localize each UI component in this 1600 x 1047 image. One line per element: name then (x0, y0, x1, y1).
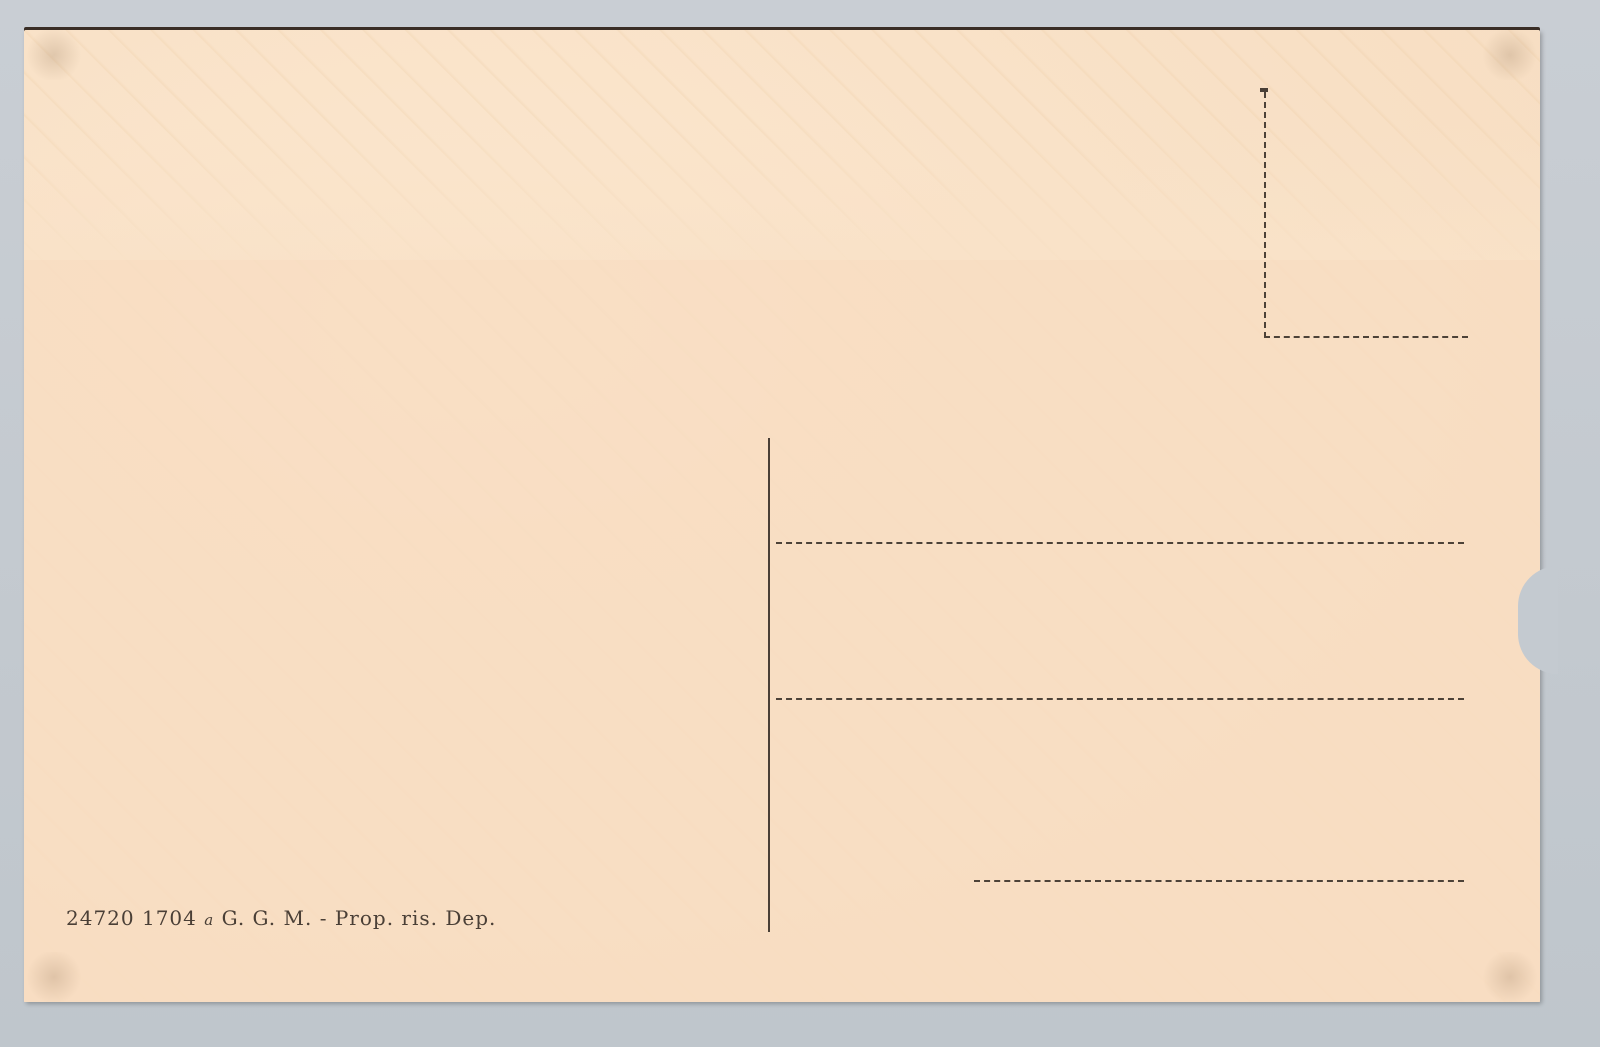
address-line-1 (776, 542, 1464, 544)
postcard-back: 24720 1704 a G. G. M. - Prop. ris. Dep. (24, 30, 1540, 1002)
stamp-box-corner-mark (1260, 88, 1268, 92)
imprint-separator: - (320, 906, 328, 930)
corner-foxing-top-right (1480, 30, 1540, 80)
stamp-box-bottom-edge (1264, 336, 1468, 338)
publisher-imprint: 24720 1704 a G. G. M. - Prop. ris. Dep. (66, 906, 496, 930)
imprint-letter: a (204, 911, 214, 929)
corner-foxing-bottom-left (24, 952, 84, 1002)
message-address-divider (768, 438, 770, 932)
imprint-number: 1704 (142, 906, 197, 930)
imprint-rights: Prop. ris. Dep. (335, 906, 497, 930)
paper-texture-stripes (24, 30, 1540, 260)
stamp-box-left-edge (1264, 92, 1266, 338)
imprint-publisher: G. G. M. (222, 906, 313, 930)
paper-surface (24, 260, 1540, 1002)
address-line-2 (776, 698, 1464, 700)
address-line-3 (974, 880, 1464, 882)
corner-foxing-bottom-right (1480, 952, 1540, 1002)
corner-foxing-top-left (24, 30, 84, 80)
imprint-serial: 24720 (66, 906, 135, 930)
